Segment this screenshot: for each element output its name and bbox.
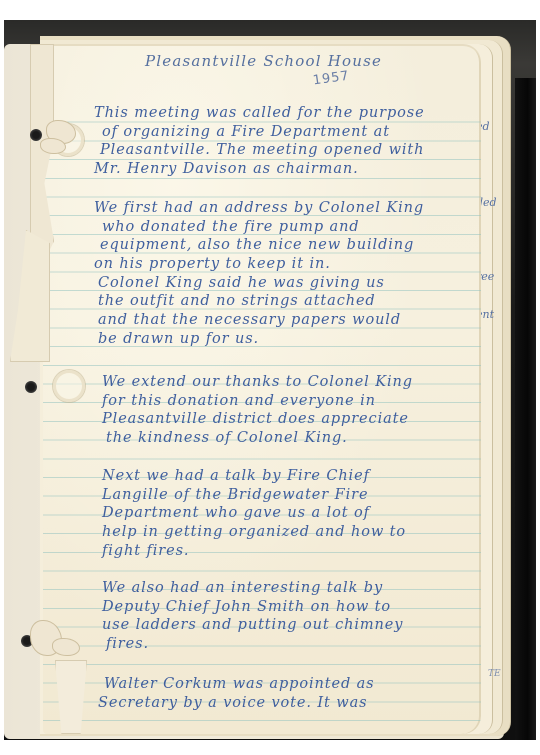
- text-line: fight fires.: [94, 542, 406, 561]
- text-line: use ladders and putting out chimney: [94, 616, 403, 635]
- paragraph-deputy-chief-talk: We also had an interesting talk by Deput…: [94, 579, 403, 654]
- text-line: for this donation and everyone in: [94, 392, 413, 411]
- text-line: on his property to keep it in.: [94, 255, 424, 274]
- text-line: This meeting was called for the purpose: [94, 104, 425, 123]
- paragraph-colonel-king-address: We first had an address by Colonel King …: [94, 199, 424, 349]
- hole-reinforcement-ring: [53, 370, 85, 402]
- binder-tie: [40, 138, 66, 154]
- notebook-cover-edge: [515, 78, 536, 740]
- text-line: Secretary by a voice vote. It was: [94, 694, 375, 713]
- text-line: the kindness of Colonel King.: [94, 429, 413, 448]
- text-line: be drawn up for us.: [94, 330, 424, 349]
- text-line: Colonel King said he was giving us: [94, 274, 424, 293]
- text-line: help in getting organized and how to: [94, 523, 406, 542]
- text-line: Deputy Chief John Smith on how to: [94, 598, 403, 617]
- text-line: fires.: [94, 635, 403, 654]
- text-line: We first had an address by Colonel King: [94, 199, 424, 218]
- text-line: of organizing a Fire Department at: [94, 123, 425, 142]
- binder-hole: [25, 381, 37, 393]
- text-line: We extend our thanks to Colonel King: [94, 373, 413, 392]
- paragraph-meeting-purpose: This meeting was called for the purpose …: [94, 104, 425, 179]
- text-line: Langille of the Bridgewater Fire: [94, 486, 406, 505]
- text-line: Pleasantville district does appreciate: [94, 410, 413, 429]
- text-line: who donated the fire pump and: [94, 218, 424, 237]
- text-line: Mr. Henry Davison as chairman.: [94, 160, 425, 179]
- text-line: We also had an interesting talk by: [94, 579, 403, 598]
- text-line: Pleasantville. The meeting opened with: [94, 141, 425, 160]
- margin-fragment: TE: [488, 669, 501, 679]
- text-line: Next we had a talk by Fire Chief: [94, 467, 406, 486]
- text-line: Walter Corkum was appointed as: [94, 675, 375, 694]
- text-line: equipment, also the nice new building: [94, 236, 424, 255]
- text-line: the outfit and no strings attached: [94, 292, 424, 311]
- document-scan: ed ded ree ent TE Pleasantville School H…: [0, 0, 540, 755]
- text-line: Department who gave us a lot of: [94, 504, 406, 523]
- binder-tie: [52, 638, 80, 656]
- paragraph-fire-chief-talk: Next we had a talk by Fire Chief Langill…: [94, 467, 406, 560]
- binder-hole: [30, 129, 42, 141]
- paragraph-thanks: We extend our thanks to Colonel King for…: [94, 373, 413, 448]
- paragraph-secretary-appointment: Walter Corkum was appointed as Secretary…: [94, 675, 375, 712]
- text-line: and that the necessary papers would: [94, 311, 424, 330]
